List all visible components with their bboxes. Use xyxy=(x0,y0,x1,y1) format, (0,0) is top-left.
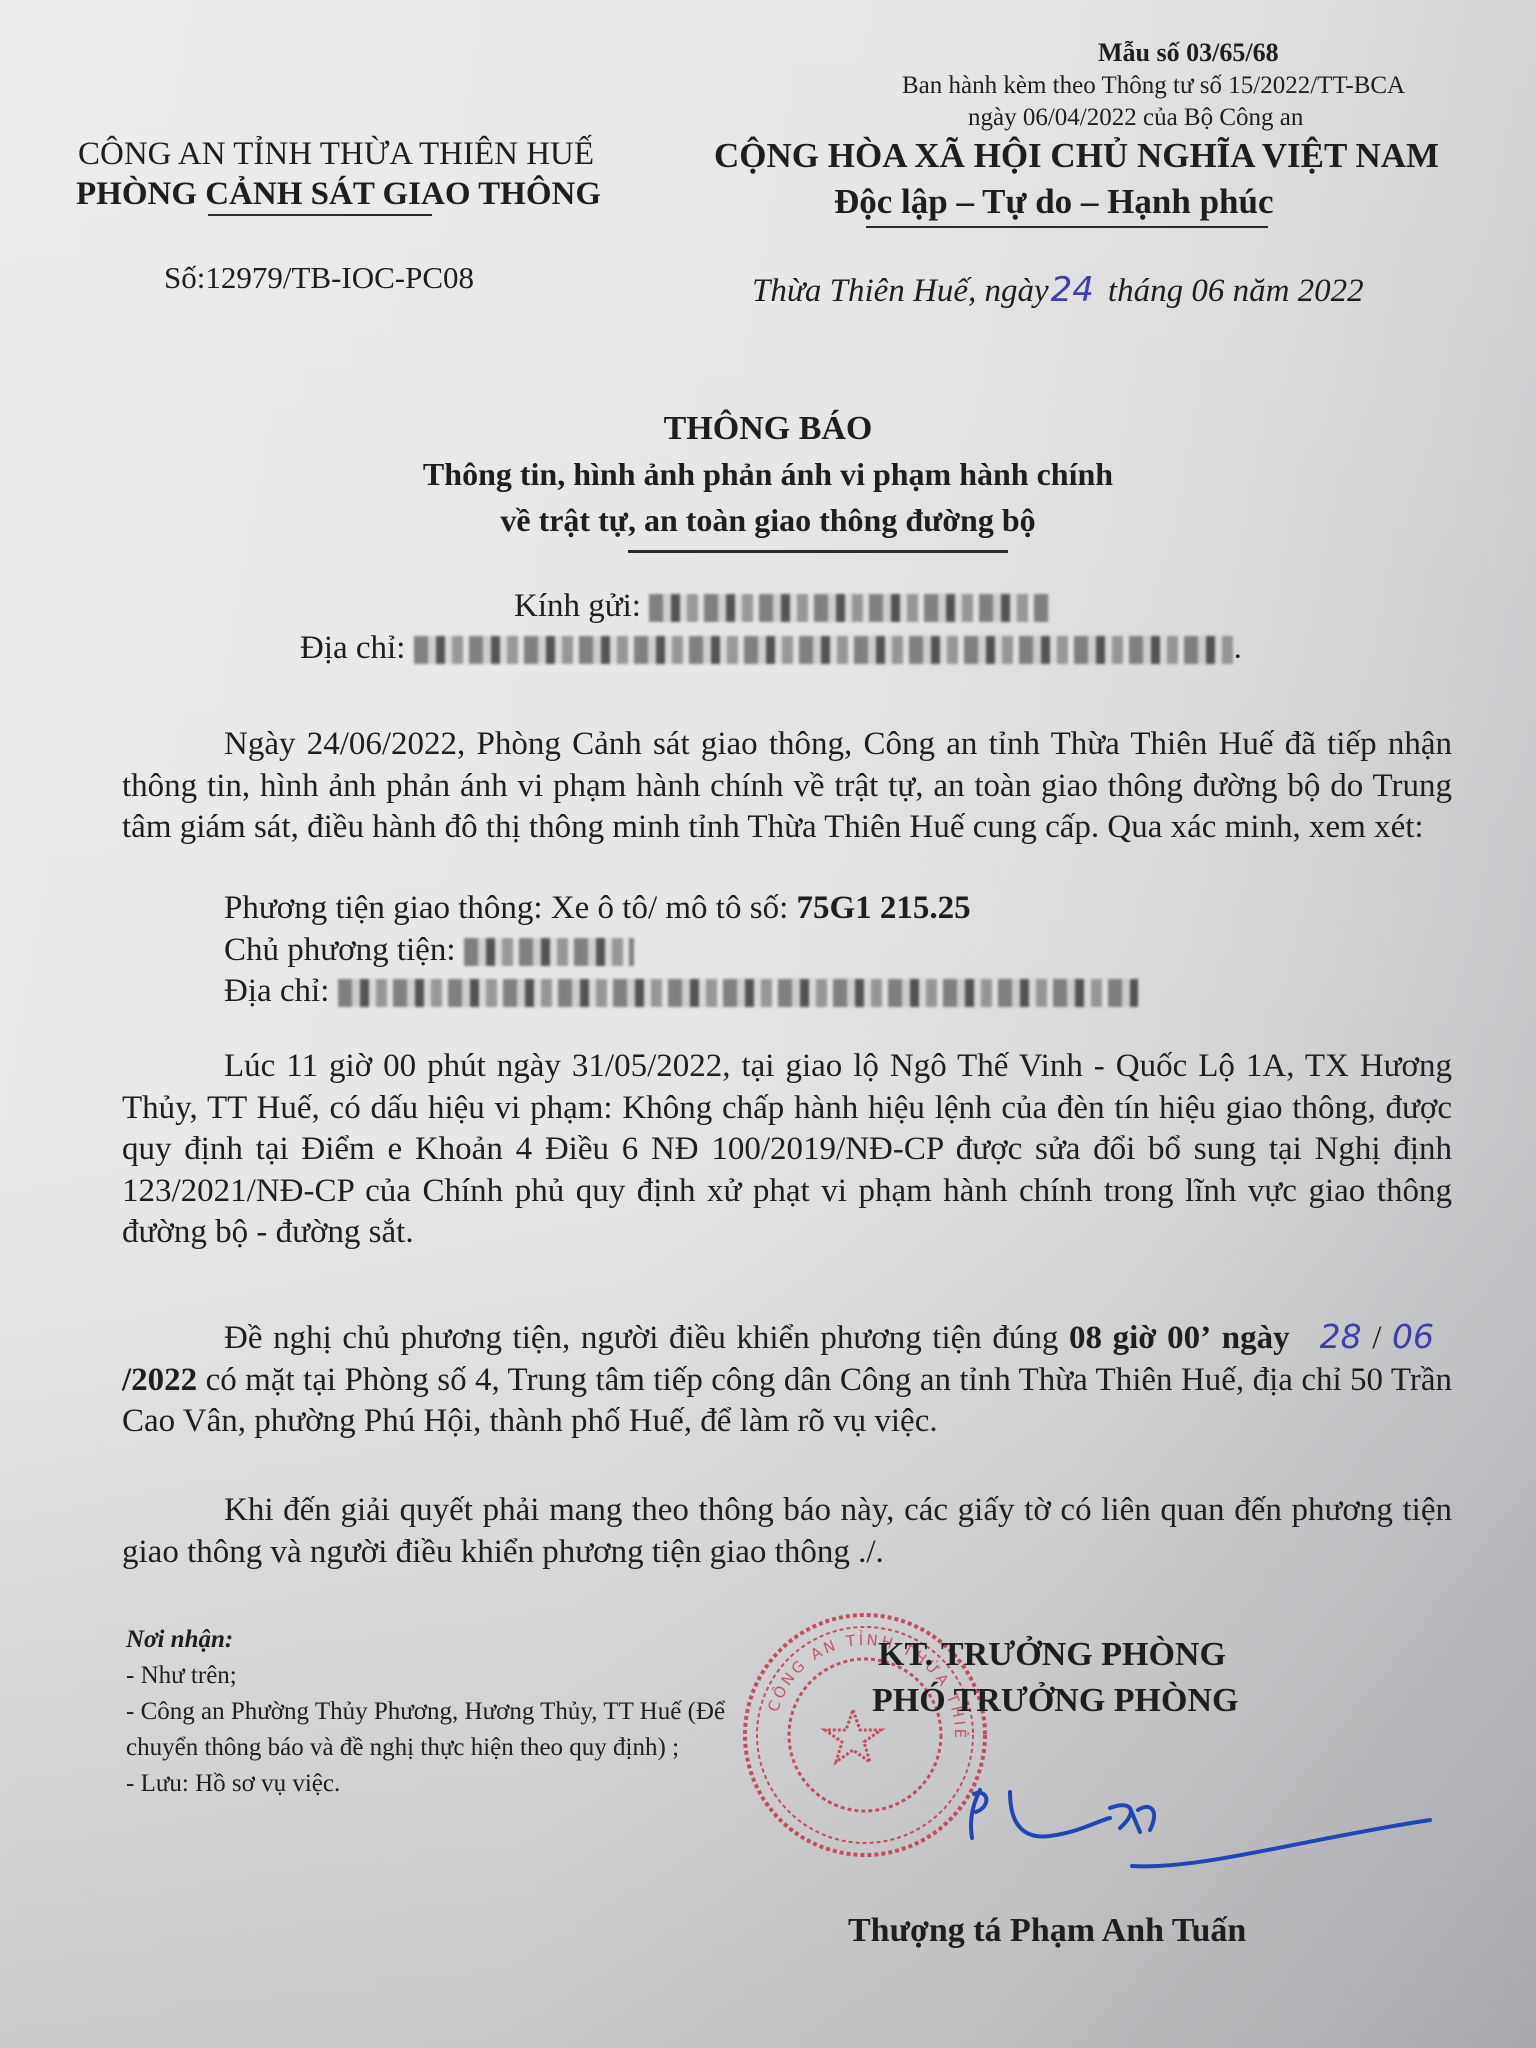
handwritten-signature-icon xyxy=(940,1780,1440,1900)
redacted-recipient-name xyxy=(649,594,1049,622)
national-motto: Độc lập – Tự do – Hạnh phúc xyxy=(834,182,1274,222)
date-day-handwritten: 24 xyxy=(1051,270,1094,310)
issuing-department: PHÒNG CẢNH SÁT GIAO THÔNG xyxy=(76,176,601,213)
date-prefix: Thừa Thiên Huế, ngày xyxy=(752,273,1049,309)
signature-title-line1: KT. TRƯỞNG PHÒNG xyxy=(878,1636,1226,1674)
addressee-line: Kính gửi: xyxy=(514,588,1049,625)
paragraph-received-info: Ngày 24/06/2022, Phòng Cảnh sát giao thô… xyxy=(122,724,1452,849)
date-suffix: tháng 06 năm 2022 xyxy=(1108,273,1364,309)
form-reference-line2: ngày 06/04/2022 của Bộ Công an xyxy=(968,104,1303,132)
issuing-agency: CÔNG AN TỈNH THỪA THIÊN HUẾ xyxy=(78,136,594,173)
appointment-month-handwritten: 06 xyxy=(1392,1317,1434,1356)
owner-address-line: Địa chỉ: xyxy=(122,971,1452,1013)
signer-name: Thượng tá Phạm Anh Tuấn xyxy=(848,1912,1246,1950)
vehicle-details: Phương tiện giao thông: Xe ô tô/ mô tô s… xyxy=(122,888,1452,1013)
address-label: Địa chỉ: xyxy=(300,630,405,666)
signature-title-line2: PHÓ TRƯỞNG PHÒNG xyxy=(872,1682,1238,1720)
appointment-time: 08 giờ 00’ xyxy=(1069,1320,1211,1356)
recipient-item: - Công an Phường Thủy Phương, Hương Thủy… xyxy=(126,1694,746,1766)
department-underline xyxy=(208,214,432,216)
form-reference-line1: Ban hành kèm theo Thông tư số 15/2022/TT… xyxy=(902,72,1405,100)
document-number: Số:12979/TB-IOC-PC08 xyxy=(164,260,474,296)
title-underline xyxy=(628,550,1008,553)
document-subtitle-line2: về trật tự, an toàn giao thông đường bộ xyxy=(0,502,1536,539)
paragraph-violation: Lúc 11 giờ 00 phút ngày 31/05/2022, tại … xyxy=(122,1046,1452,1254)
place-date-line: Thừa Thiên Huế, ngày24tháng 06 năm 2022 xyxy=(752,270,1364,310)
license-plate: 75G1 215.25 xyxy=(797,890,971,926)
vehicle-line: Phương tiện giao thông: Xe ô tô/ mô tô s… xyxy=(122,888,1452,930)
document-title: THÔNG BÁO xyxy=(0,410,1536,448)
recipients-list: Nơi nhận: - Như trên; - Công an Phường T… xyxy=(126,1622,746,1802)
recipient-item: - Lưu: Hồ sơ vụ việc. xyxy=(126,1766,746,1802)
appointment-day-handwritten: 28 xyxy=(1320,1317,1362,1356)
motto-underline xyxy=(866,226,1268,228)
redacted-owner-name xyxy=(464,938,634,966)
country-name: CỘNG HÒA XÃ HỘI CHỦ NGHĨA VIỆT NAM xyxy=(714,136,1439,176)
recipient-item: - Như trên; xyxy=(126,1658,746,1694)
paragraph-summons: Đề nghị chủ phương tiện, người điều khiể… xyxy=(122,1316,1452,1443)
document-subtitle-line1: Thông tin, hình ảnh phản ánh vi phạm hàn… xyxy=(0,456,1536,493)
addressee-address-line: Địa chỉ: . xyxy=(300,630,1242,667)
paragraph-documents-required: Khi đến giải quyết phải mang theo thông … xyxy=(122,1490,1452,1573)
redacted-recipient-address xyxy=(414,636,1234,664)
redacted-owner-address xyxy=(338,979,1138,1007)
form-number: Mẫu số 03/65/68 xyxy=(1098,38,1279,68)
owner-line: Chủ phương tiện: xyxy=(122,930,1452,972)
greeting-label: Kính gửi: xyxy=(514,588,641,624)
recipients-heading: Nơi nhận: xyxy=(126,1622,746,1658)
